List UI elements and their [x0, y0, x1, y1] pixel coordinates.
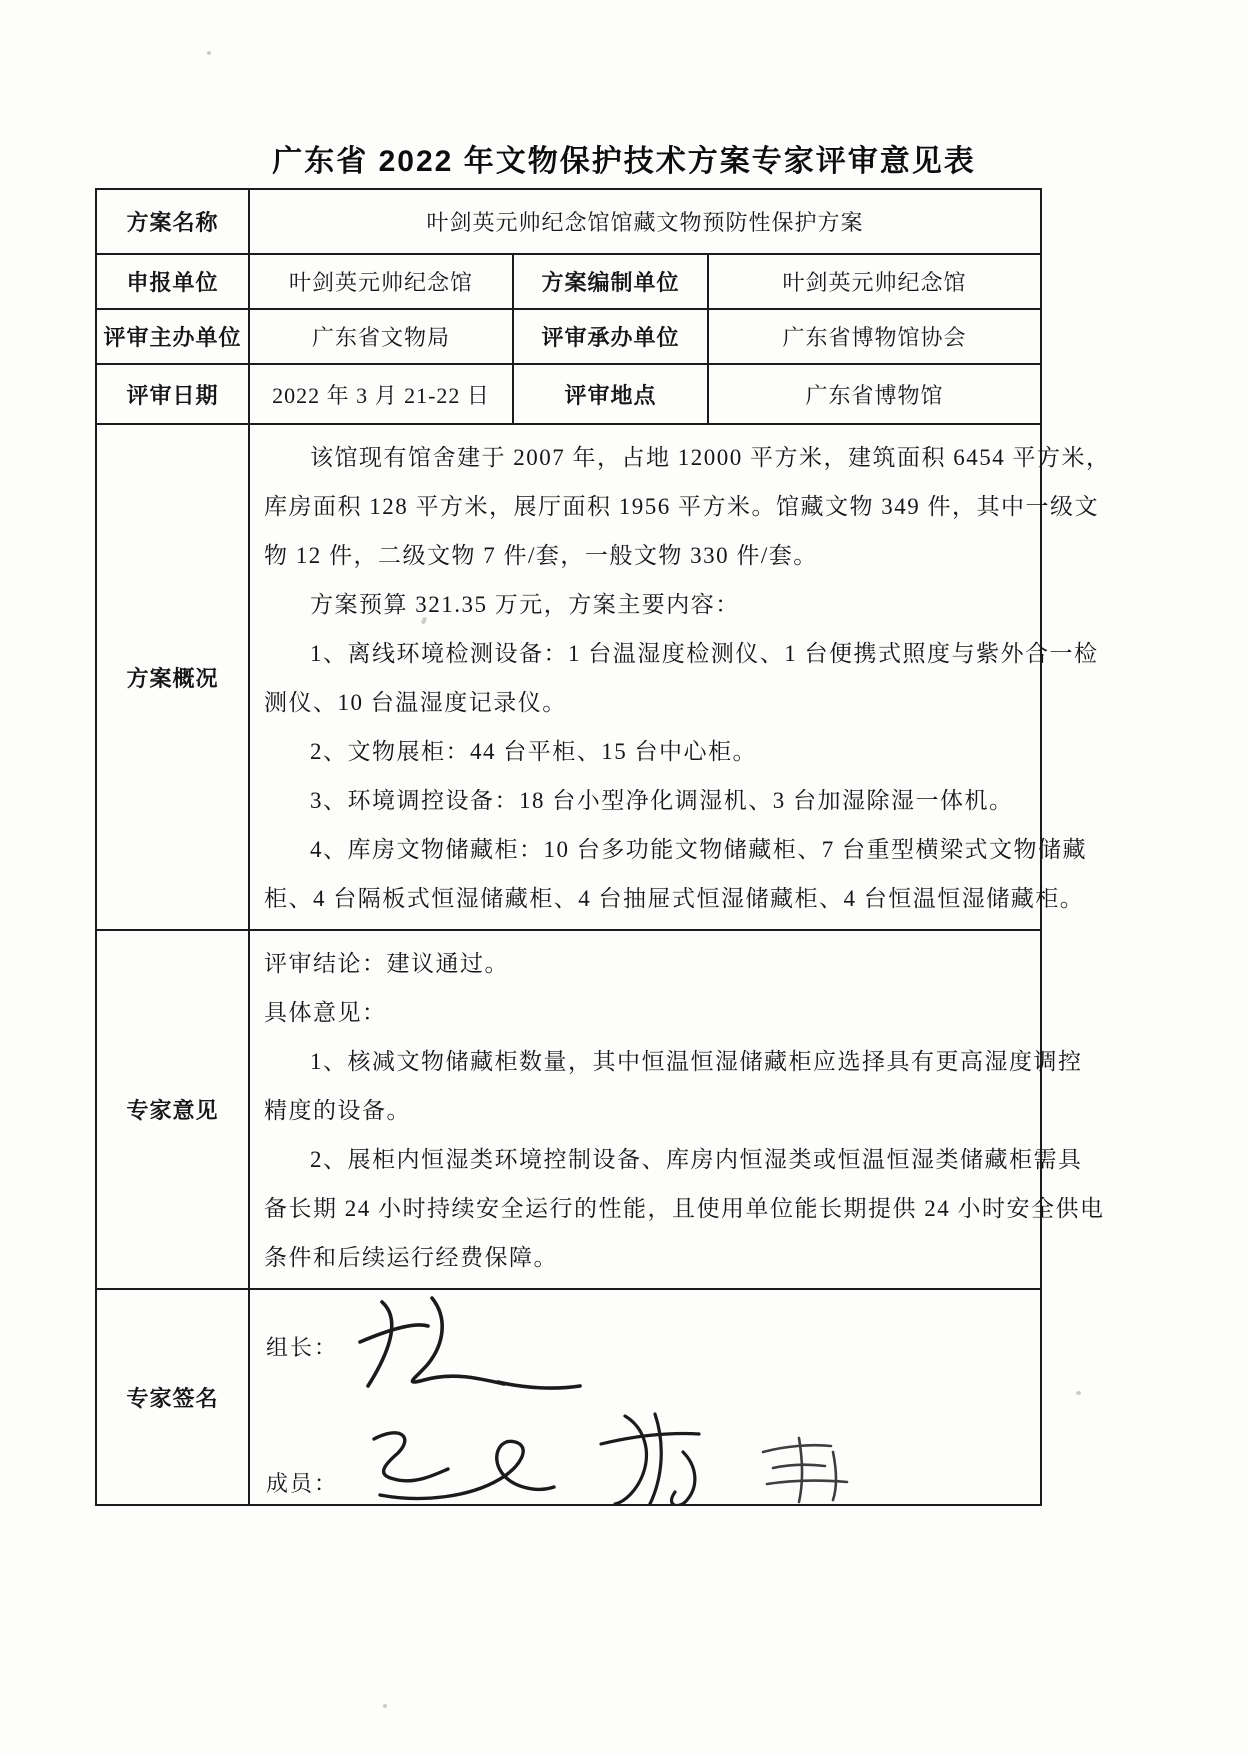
review-place-label: 评审地点 [513, 364, 708, 424]
scan-speck [207, 51, 211, 55]
applicant-value: 叶剑英元帅纪念馆 [249, 254, 513, 309]
row-review-host: 评审主办单位 广东省文物局 评审承办单位 广东省博物馆协会 [96, 309, 1041, 364]
member-handwritten-signature-1 [352, 1411, 567, 1506]
text-line: 条件和后续运行经费保障。 [264, 1233, 1024, 1282]
scan-speck [383, 1704, 387, 1708]
text-line: 评审结论：建议通过。 [264, 939, 1024, 988]
text-line: 2、展柜内恒湿类环境控制设备、库房内恒湿类或恒温恒湿类储藏柜需具 [264, 1135, 1024, 1184]
member-handwritten-signature-3 [747, 1424, 872, 1506]
text-line: 备长期 24 小时持续安全运行的性能，且使用单位能长期提供 24 小时安全供电 [264, 1184, 1024, 1233]
row-expert-signatures: 专家签名 组长： 成员： [96, 1289, 1041, 1505]
expert-opinions-text: 评审结论：建议通过。具体意见：1、核减文物储藏柜数量，其中恒温恒湿储藏柜应选择具… [249, 930, 1041, 1289]
text-line: 具体意见： [264, 988, 1024, 1037]
plan-name-label: 方案名称 [96, 189, 249, 254]
row-plan-overview: 方案概况 该馆现有馆舍建于 2007 年，占地 12000 平方米，建筑面积 6… [96, 424, 1041, 930]
expert-signatures-cell: 组长： 成员： [249, 1289, 1041, 1505]
review-date-label: 评审日期 [96, 364, 249, 424]
row-expert-opinions: 专家意见 评审结论：建议通过。具体意见：1、核减文物储藏柜数量，其中恒温恒湿储藏… [96, 930, 1041, 1289]
text-line: 1、核减文物储藏柜数量，其中恒温恒湿储藏柜应选择具有更高湿度调控 [264, 1037, 1024, 1086]
text-line: 1、离线环境检测设备：1 台温湿度检测仪、1 台便携式照度与紫外合一检 [264, 629, 1024, 678]
plan-name-value: 叶剑英元帅纪念馆馆藏文物预防性保护方案 [249, 189, 1041, 254]
members-signature-line: 成员： [266, 1406, 1030, 1498]
leader-handwritten-signature [348, 1286, 598, 1398]
members-label: 成员： [266, 1467, 338, 1498]
leader-signature-line: 组长： [266, 1300, 1030, 1392]
plan-overview-text: 该馆现有馆舍建于 2007 年，占地 12000 平方米，建筑面积 6454 平… [249, 424, 1041, 930]
member-handwritten-signature-2 [587, 1406, 727, 1506]
review-host-value: 广东省文物局 [249, 309, 513, 364]
text-line: 方案预算 321.35 万元，方案主要内容： [264, 580, 1024, 629]
plan-overview-label: 方案概况 [96, 424, 249, 930]
text-line: 4、库房文物储藏柜：10 台多功能文物储藏柜、7 台重型横梁式文物储藏 [264, 825, 1024, 874]
leader-label: 组长： [266, 1331, 338, 1362]
expert-opinions-label: 专家意见 [96, 930, 249, 1289]
scanned-document-page: { "page": { "title": "广东省 2022 年文物保护技术方案… [0, 0, 1248, 1754]
review-organizer-value: 广东省博物馆协会 [708, 309, 1041, 364]
text-line: 精度的设备。 [264, 1086, 1024, 1135]
text-line: 2、文物展柜：44 台平柜、15 台中心柜。 [264, 727, 1024, 776]
row-review-date: 评审日期 2022 年 3 月 21-22 日 评审地点 广东省博物馆 [96, 364, 1041, 424]
text-line: 该馆现有馆舍建于 2007 年，占地 12000 平方米，建筑面积 6454 平… [264, 433, 1024, 482]
plan-author-value: 叶剑英元帅纪念馆 [708, 254, 1041, 309]
row-applicant: 申报单位 叶剑英元帅纪念馆 方案编制单位 叶剑英元帅纪念馆 [96, 254, 1041, 309]
expert-signatures-label: 专家签名 [96, 1289, 249, 1505]
text-line: 3、环境调控设备：18 台小型净化调湿机、3 台加湿除湿一体机。 [264, 776, 1024, 825]
review-date-value: 2022 年 3 月 21-22 日 [249, 364, 513, 424]
review-place-value: 广东省博物馆 [708, 364, 1041, 424]
text-line: 测仪、10 台温湿度记录仪。 [264, 678, 1024, 727]
text-line: 柜、4 台隔板式恒湿储藏柜、4 台抽屉式恒湿储藏柜、4 台恒温恒湿储藏柜。 [264, 874, 1024, 923]
review-host-label: 评审主办单位 [96, 309, 249, 364]
applicant-label: 申报单位 [96, 254, 249, 309]
plan-author-label: 方案编制单位 [513, 254, 708, 309]
text-line: 物 12 件，二级文物 7 件/套，一般文物 330 件/套。 [264, 531, 1024, 580]
page-title: 广东省 2022 年文物保护技术方案专家评审意见表 [0, 136, 1248, 180]
review-organizer-label: 评审承办单位 [513, 309, 708, 364]
text-line: 库房面积 128 平方米，展厅面积 1956 平方米。馆藏文物 349 件，其中… [264, 482, 1024, 531]
row-plan-name: 方案名称 叶剑英元帅纪念馆馆藏文物预防性保护方案 [96, 189, 1041, 254]
review-form-table: 方案名称 叶剑英元帅纪念馆馆藏文物预防性保护方案 申报单位 叶剑英元帅纪念馆 方… [95, 188, 1042, 1506]
scan-speck [1076, 1391, 1081, 1395]
